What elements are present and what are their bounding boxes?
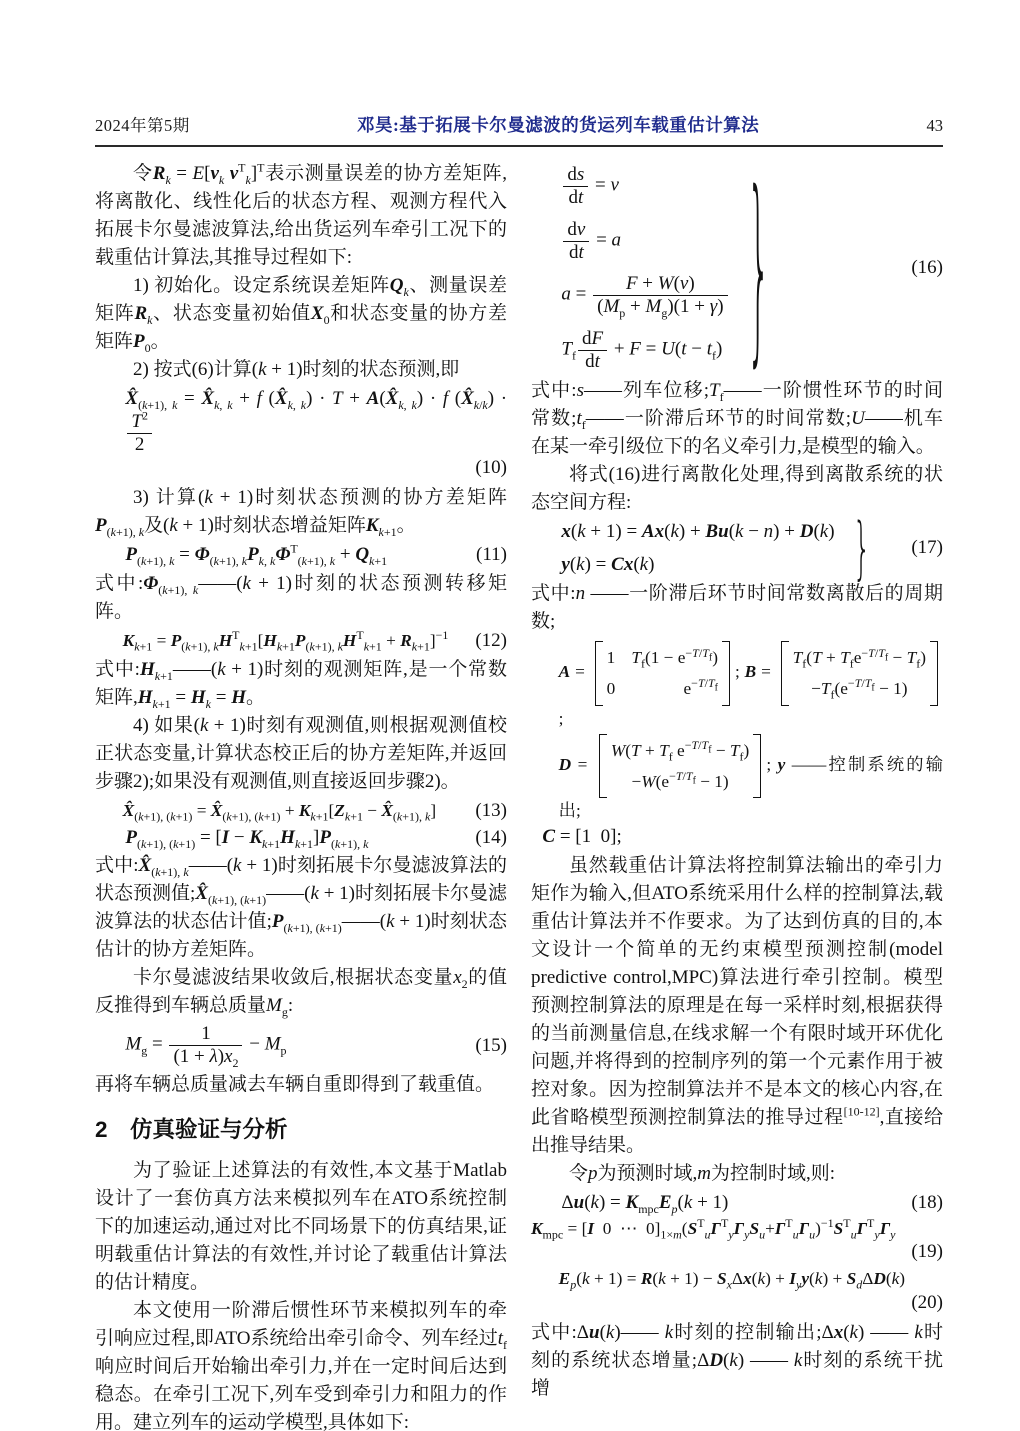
system-brace-icon: } <box>852 508 870 590</box>
paragraph-where-16: 式中:s——列车位移;Tf——一阶惯性环节的时间常数;tf——一阶滞后环节的时间… <box>531 377 943 461</box>
system-brace-icon: } <box>746 147 769 390</box>
equation-10-number: (10) <box>95 455 507 481</box>
paragraph-where-20: 式中:Δu(k)—— k时刻的控制输出;Δx(k) —— k时刻的系统状态增量;… <box>531 1319 943 1403</box>
equation-16-line1: dsdt = v <box>561 164 729 209</box>
equation-19-number: (19) <box>531 1239 943 1265</box>
equation-16-line3: a = F + W(v)(Mp + Mg)(1 + γ) <box>561 273 729 318</box>
equation-12: Kk+1 = P(k+1), kHTk+1[Hk+1P(k+1), kHTk+1… <box>95 629 507 653</box>
paragraph-step4-update: 4) 如果(k + 1)时刻有观测值,则根据观测值校正状态变量,计算状态校正后的… <box>95 712 507 796</box>
left-column: 令Rk = E[vk vTk]T表示测量误差的协方差矩阵,将离散化、线性化后的状… <box>95 160 507 1431</box>
page-content: 2024年第5期 邓昊:基于拓展卡尔曼滤波的货运列车载重估计算法 43 令Rk … <box>95 112 943 1431</box>
equation-12-number: (12) <box>469 629 507 653</box>
equation-20: Ep(k + 1) = R(k + 1) − SxΔx(k) + Iyy(k) … <box>531 1268 943 1316</box>
equation-16-lines: dsdt = v dvdt = a a = F + W(v)(Mp + Mg)(… <box>531 164 730 373</box>
equation-16: dsdt = v dvdt = a a = F + W(v)(Mp + Mg)(… <box>531 164 943 373</box>
matrix-a-b-body: A = 1Tf(1 − e−T/Tf)0e−T/Tf; B = Tf(T + T… <box>531 639 943 729</box>
paper-page: 2024年第5期 邓昊:基于拓展卡尔曼滤波的货运列车载重估计算法 43 令Rk … <box>0 0 1020 1431</box>
paragraph-where-17: 式中:n ——一阶滞后环节时间常数离散后的周期数; <box>531 580 943 636</box>
equation-16-number: (16) <box>911 257 943 280</box>
paragraph-total-mass: 再将车辆总质量减去车辆自重即得到了载重值。 <box>95 1071 507 1099</box>
equation-20-number: (20) <box>531 1290 943 1316</box>
equation-15-number: (15) <box>469 1034 507 1058</box>
paragraph-simulation-model: 本文使用一阶滞后惯性环节来模拟列车的牵引响应过程,即ATO系统给出牵引命令、列车… <box>95 1297 507 1431</box>
equation-11-number: (11) <box>470 543 507 567</box>
paragraph-discretize: 将式(16)进行离散化处理,得到离散系统的状态空间方程: <box>531 461 943 517</box>
equation-20-body: Ep(k + 1) = R(k + 1) − SxΔx(k) + Iyy(k) … <box>531 1268 943 1290</box>
equation-17-number: (17) <box>911 537 943 560</box>
equation-16-line2: dvdt = a <box>561 219 729 264</box>
equation-18-body: Δu(k) = KmpcEp(k + 1) <box>531 1191 728 1215</box>
equation-16-line4: TfdFdt + F = U(t − tf) <box>561 328 729 373</box>
equation-13-number: (13) <box>469 799 507 823</box>
page-number: 43 <box>926 116 943 136</box>
paragraph-where-h: 式中:Hk+1——(k + 1)时刻的观测矩阵,是一个常数矩阵,Hk+1 = H… <box>95 656 507 712</box>
matrix-definition-a-b: A = 1Tf(1 − e−T/Tf)0e−T/Tf; B = Tf(T + T… <box>531 639 943 729</box>
section-number: 2 <box>95 1117 108 1142</box>
equation-12-body: Kk+1 = P(k+1), kHTk+1[Hk+1P(k+1), kHTk+1… <box>95 630 448 652</box>
paragraph-mpc: 虽然载重估计算法将控制算法输出的牵引力矩作为输入,但ATO系统采用什么样的控制算… <box>531 852 943 1160</box>
matrix-definition-d: D = W(T + Tf e−T/Tf − Tf)−W(e−T/Tf − 1);… <box>531 732 943 822</box>
equation-11: P(k+1), k = Φ(k+1), kPk, kΦT(k+1), k + Q… <box>95 543 507 567</box>
header-rule <box>95 145 943 147</box>
section-title: 仿真验证与分析 <box>130 1117 288 1142</box>
equation-19: Kmpc = [I 0 ⋯ 0]1×m(STuΓTyΓySu+ΓTuΓu)−1S… <box>531 1218 943 1266</box>
equation-18: Δu(k) = KmpcEp(k + 1) (18) <box>531 1191 943 1215</box>
equation-17-line1: x(k + 1) = Ax(k) + Bu(k − n) + D(k) <box>561 521 834 544</box>
equation-10-body: X̂(k+1), k = X̂k, k + f (X̂k, k) · T + A… <box>95 387 507 455</box>
paragraph-where-13-14: 式中:X̂(k+1), k——(k + 1)时刻拓展卡尔曼滤波算法的状态预测值;… <box>95 852 507 964</box>
matrix-c-body: C = [1 0]; <box>531 825 943 849</box>
equation-14: P(k+1), (k+1) = [I − Kk+1Hk+1]P(k+1), k … <box>95 826 507 850</box>
paragraph-step2-predict: 2) 按式(6)计算(k + 1)时刻的状态预测,即 <box>95 356 507 384</box>
matrix-d-body: D = W(T + Tf e−T/Tf − Tf)−W(e−T/Tf − 1);… <box>531 732 943 822</box>
equation-17-lines: x(k + 1) = Ax(k) + Bu(k − n) + D(k) y(k)… <box>531 521 835 577</box>
equation-13: X̂(k+1), (k+1) = X̂(k+1), (k+1) + Kk+1[Z… <box>95 799 507 823</box>
equation-14-body: P(k+1), (k+1) = [I − Kk+1Hk+1]P(k+1), k <box>95 826 368 850</box>
paragraph-simulation-intro: 为了验证上述算法的有效性,本文基于Matlab设计了一套仿真方法来模拟列车在AT… <box>95 1157 507 1297</box>
equation-13-body: X̂(k+1), (k+1) = X̂(k+1), (k+1) + Kk+1[Z… <box>95 800 436 822</box>
paragraph-kalman-converge: 卡尔曼滤波结果收敛后,根据状态变量x2的值反推得到车辆总质量Mg: <box>95 964 507 1020</box>
section-heading-2: 2仿真验证与分析 <box>95 1115 507 1145</box>
page-header: 2024年第5期 邓昊:基于拓展卡尔曼滤波的货运列车载重估计算法 43 <box>95 112 943 137</box>
running-title: 邓昊:基于拓展卡尔曼滤波的货运列车载重估计算法 <box>357 112 759 137</box>
equation-14-number: (14) <box>469 826 507 850</box>
equation-17-line2: y(k) = Cx(k) <box>561 554 834 577</box>
right-column: dsdt = v dvdt = a a = F + W(v)(Mp + Mg)(… <box>531 160 943 1431</box>
paragraph-step3-covariance: 3) 计算(k + 1)时刻状态预测的协方差矩阵P(k+1), k及(k + 1… <box>95 484 507 540</box>
equation-11-body: P(k+1), k = Φ(k+1), kPk, kΦT(k+1), k + Q… <box>95 543 387 567</box>
paragraph-horizons: 令p为预测时域,m为控制时域,则: <box>531 1160 943 1188</box>
two-column-layout: 令Rk = E[vk vTk]T表示测量误差的协方差矩阵,将离散化、线性化后的状… <box>95 160 943 1431</box>
equation-10: X̂(k+1), k = X̂k, k + f (X̂k, k) · T + A… <box>95 387 507 481</box>
paragraph-step1-init: 1) 初始化。设定系统误差矩阵Qk、测量误差矩阵Rk、状态变量初始值X0和状态变… <box>95 272 507 356</box>
paragraph-covariance-intro: 令Rk = E[vk vTk]T表示测量误差的协方差矩阵,将离散化、线性化后的状… <box>95 160 507 272</box>
equation-18-number: (18) <box>905 1191 943 1215</box>
equation-15: Mg = 1(1 + λ)x2 − Mp (15) <box>95 1023 507 1068</box>
equation-15-body: Mg = 1(1 + λ)x2 − Mp <box>95 1023 287 1068</box>
journal-issue: 2024年第5期 <box>95 112 190 136</box>
equation-17: x(k + 1) = Ax(k) + Bu(k − n) + D(k) y(k)… <box>531 521 943 577</box>
equation-19-body: Kmpc = [I 0 ⋯ 0]1×m(STuΓTyΓySu+ΓTuΓu)−1S… <box>531 1218 943 1240</box>
paragraph-where-phi: 式中:Φ(k+1), k——(k + 1)时刻的状态预测转移矩阵。 <box>95 570 507 626</box>
matrix-definition-c: C = [1 0]; <box>531 825 943 849</box>
